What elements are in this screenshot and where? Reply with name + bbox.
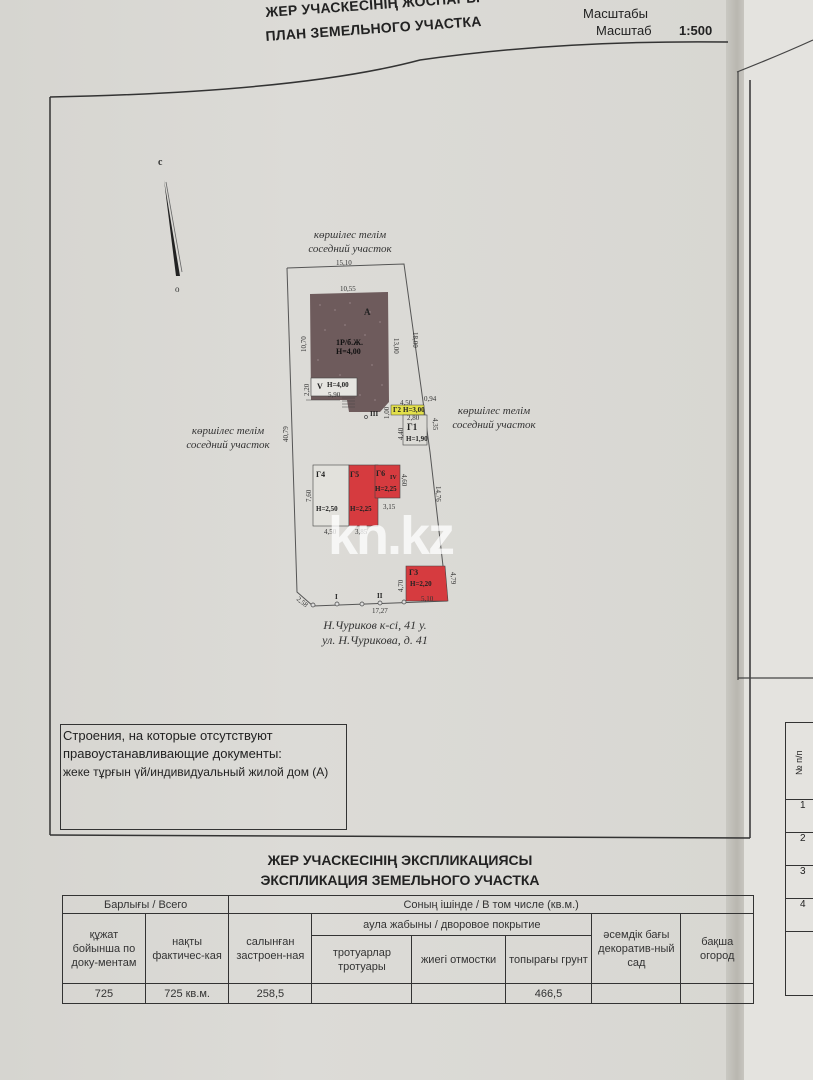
cell-by-docs: 725	[63, 984, 146, 1004]
dim-right-lower: 14,76	[434, 486, 442, 502]
porch-height: Н=4,00	[327, 381, 349, 389]
col-vegetable: бақша огород	[681, 914, 754, 984]
col-soil: топырағы грунт	[505, 936, 592, 984]
dim-bottom: 17,27	[372, 607, 388, 615]
cell-soil: 466,5	[505, 984, 592, 1004]
south-label: о	[175, 284, 180, 294]
north-label: с	[158, 157, 162, 168]
neighbor-left-kz: көршілес телім	[178, 424, 278, 438]
building-a-label: 1Р/б.Ж.	[336, 338, 363, 347]
next-page-row: 1	[786, 799, 813, 811]
neighbor-right: көршілес телім соседний участок	[444, 404, 544, 432]
col-garden: әсемдік бағы декоратив-ный сад	[592, 914, 681, 984]
next-page-table: № п/п 1 2 3 4	[785, 722, 813, 996]
cell-garden	[592, 984, 681, 1004]
g6-height: Н=2,25	[375, 485, 397, 493]
address: Н.Чуриков к-сі, 41 у. ул. Н.Чурикова, д.…	[300, 618, 450, 648]
neighbor-right-kz: көршілес телім	[444, 404, 544, 418]
explication-table: Барлығы / Всего Соның ішінде / В том чис…	[62, 895, 754, 1004]
next-page-header: № п/п	[794, 751, 804, 775]
explication-title-ru: ЭКСПЛИКАЦИЯ ЗЕМЕЛЬНОГО УЧАСТКА	[250, 870, 550, 890]
col-blind-area: жиегі отмостки	[412, 936, 505, 984]
neighbor-top-kz: көршілес телім	[300, 228, 400, 242]
dim-left-side: 40,79	[282, 426, 290, 442]
note-line1: Строения, на которые отсутствуют	[63, 727, 344, 745]
dim-right-upper: 18,00	[411, 332, 419, 348]
dim-top: 15,10	[336, 259, 352, 267]
dim-g1-right: 4,35	[431, 418, 439, 430]
explication-title-kz: ЖЕР УЧАСКЕСІНІҢ ЭКСПЛИКАЦИЯСЫ	[250, 850, 550, 870]
cell-sidewalks	[312, 984, 412, 1004]
g3-label: Г3	[409, 568, 418, 577]
g3-height: Н=2,20	[410, 580, 432, 588]
dim-house-right: 13,00	[392, 338, 400, 354]
neighbor-left-ru: соседний участок	[178, 438, 278, 452]
dim-g3-left: 4,70	[397, 580, 405, 592]
point-i: I	[335, 593, 338, 601]
point-ii: II	[377, 592, 382, 600]
g6-label: Г6	[376, 469, 385, 478]
dim-g6-h: 4,60	[400, 474, 408, 486]
dim-porch-h: 2,20	[303, 384, 311, 396]
g6-sub: IV	[390, 475, 397, 481]
next-page-row: 3	[786, 865, 813, 877]
dim-house-left: 10,70	[300, 336, 308, 352]
cell-vegetable	[681, 984, 754, 1004]
address-kz: Н.Чуриков к-сі, 41 у.	[300, 618, 450, 633]
dim-g3-right: 4,79	[449, 572, 457, 584]
neighbor-top: көршілес телім соседний участок	[300, 228, 400, 256]
next-page-row: 4	[786, 898, 813, 910]
g2-label: Г2	[393, 406, 401, 414]
dim-porch-w: 5,90	[328, 391, 340, 399]
dim-g1-h: 4,40	[397, 428, 405, 440]
g2-height: Н=3,00	[403, 406, 425, 414]
next-page-row: 2	[786, 832, 813, 844]
cell-built: 258,5	[229, 984, 312, 1004]
porch-label: V	[317, 382, 323, 391]
building-a-height: Н=4,00	[336, 347, 361, 356]
note-line3: жеке тұрғын үй/индивидуальный жилой дом …	[63, 763, 344, 781]
header-yard: аула жабыны / дворовое покрытие	[312, 914, 592, 936]
neighbor-left: көршілес телім соседний участок	[178, 424, 278, 452]
watermark: kn.kz	[328, 505, 453, 567]
dim-g2-left: 1,00	[383, 407, 391, 419]
header-including: Соның ішінде / В том числе (кв.м.)	[229, 896, 754, 914]
dim-g3-w: 5,10	[421, 595, 433, 603]
cell-blind-area	[412, 984, 505, 1004]
next-page-row	[786, 931, 813, 932]
col-sidewalks: тротуарлар тротуары	[312, 936, 412, 984]
point-iii: III	[370, 410, 378, 418]
col-by-docs: құжат бойынша по доку-ментам	[63, 914, 146, 984]
col-actual: нақты фактичес-кая	[145, 914, 228, 984]
explication-title: ЖЕР УЧАСКЕСІНІҢ ЭКСПЛИКАЦИЯСЫ ЭКСПЛИКАЦИ…	[250, 850, 550, 890]
note-line2: правоустанавливающие документы:	[63, 745, 344, 763]
g1-height: Н=1,90	[406, 435, 428, 443]
g4-label: Г4	[316, 470, 325, 479]
dim-g1-w: 2,80	[407, 414, 419, 422]
g1-label: Г1	[407, 422, 417, 432]
neighbor-top-ru: соседний участок	[300, 242, 400, 256]
dim-g4-h: 7,60	[305, 490, 313, 502]
g5-label: Г5	[350, 470, 359, 479]
dim-g2-side: 0,94	[424, 395, 436, 403]
neighbor-right-ru: соседний участок	[444, 418, 544, 432]
cell-actual: 725 кв.м.	[145, 984, 228, 1004]
header-total: Барлығы / Всего	[63, 896, 229, 914]
building-a-id: A	[364, 307, 371, 317]
undocumented-structures-note: Строения, на которые отсутствуют правоус…	[60, 724, 347, 830]
address-ru: ул. Н.Чурикова, д. 41	[300, 633, 450, 648]
dim-house-top: 10,55	[340, 285, 356, 293]
col-built: салынған застроен-ная	[229, 914, 312, 984]
